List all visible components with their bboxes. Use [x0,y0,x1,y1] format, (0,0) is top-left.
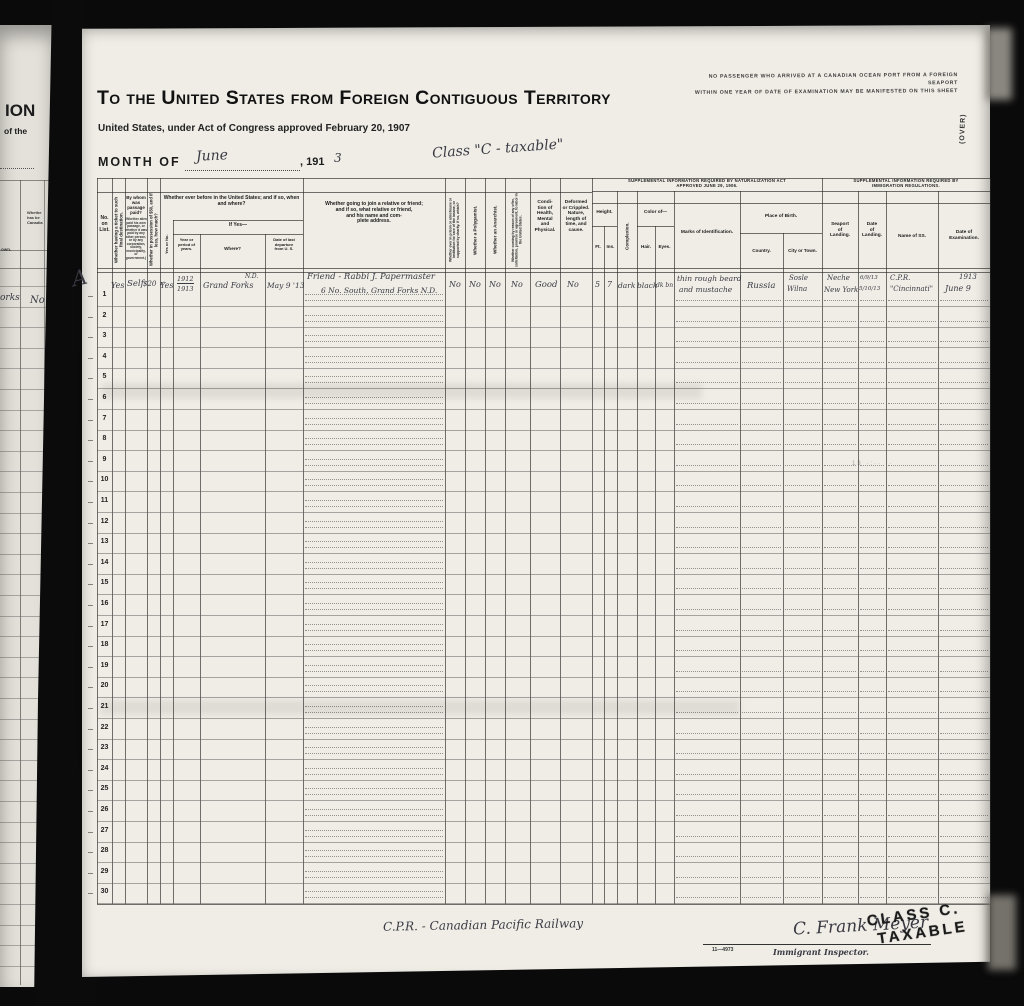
row-dotted-line [742,897,781,898]
col17-ifyes-label: If Yes— [173,223,303,229]
row1-where: Grand Forks [203,281,254,290]
col33-label: Date of Examination. [938,230,990,241]
row-dotted-line [824,877,856,878]
row1-q21: No [489,280,501,289]
row-dotted-line [305,877,443,878]
row-dotted-line [676,527,738,528]
row-number: 4 [97,353,112,360]
row-dotted-line [676,836,738,837]
col32-label: Name of SS. [886,234,938,240]
row-dotted-line [824,671,856,672]
grid-line [560,178,561,904]
grid-line [97,347,990,348]
grid-line [592,178,593,904]
row-dotted-line [888,815,936,816]
row-dotted-line [940,650,988,651]
row-tick [88,378,93,379]
grid-line [637,191,638,904]
scan-smudge-band-1 [102,383,702,399]
row-dotted-line [860,630,884,631]
row-dotted-line [888,733,936,734]
row-dotted-line [305,650,443,651]
row-dotted-line [785,547,820,548]
year-printed: , 191 [300,156,324,168]
row-dotted-line [888,341,936,342]
col27-label: Color of— [637,210,674,216]
grid-line [822,178,823,904]
row-dotted-line [305,897,443,898]
row-dotted-line [305,588,443,589]
row-dotted-line [305,341,443,342]
col25-label: Height. [592,210,617,216]
grid-line [938,191,939,904]
grid-line [97,739,990,740]
row-dotted-line [824,753,856,754]
row-tick [88,687,93,688]
row-dotted-line [305,836,443,837]
row1-ticket: Yes [111,281,124,290]
row-tick [88,749,93,750]
row-tick [88,893,93,894]
row-dotted-line [824,712,856,713]
row-dotted-line [305,459,443,460]
grid-line [303,178,304,904]
month-underline [185,170,300,171]
row-dotted-line [305,376,443,377]
row-dotted-line [888,671,936,672]
row-tick [88,832,93,833]
row-dotted-line [824,527,856,528]
grid-line [97,306,990,307]
row-dotted-line [824,630,856,631]
col26-label: Complexion. [617,205,637,267]
row-dotted-line [305,500,443,501]
grid-line [97,594,990,595]
row-number: 14 [97,559,112,566]
row-dotted-line [860,527,884,528]
row-dotted-line [824,733,856,734]
row-dotted-line [305,871,443,872]
row-dotted-line [305,527,443,528]
row-dotted-line [940,897,988,898]
row-dotted-line [860,362,884,363]
row-dotted-line [742,691,781,692]
row-dotted-line [305,768,443,769]
row-dotted-line [860,671,884,672]
row-dotted-line [305,830,443,831]
row-dotted-line [888,547,936,548]
row-dotted-line [785,753,820,754]
grid-line [97,842,990,843]
row-dotted-line [785,300,820,301]
row-dotted-line [676,506,738,507]
row-dotted-line [676,362,738,363]
row-number: 27 [97,827,112,834]
row-tick [88,296,93,297]
row-dotted-line [940,630,988,631]
row-dotted-line [940,382,988,383]
row-dotted-line [742,527,781,528]
row1-ever-us: Yes [160,281,173,290]
row-dotted-line [305,479,443,480]
row-dotted-line [305,685,443,686]
row-dotted-line [824,774,856,775]
row-dotted-line [860,733,884,734]
row-dotted-line [940,691,988,692]
row-dotted-line [742,630,781,631]
grid-line [97,430,990,431]
row-dotted-line [824,815,856,816]
row-dotted-line [305,403,443,404]
row-number: 16 [97,600,112,607]
row-tick [88,790,93,791]
row-dotted-line [940,362,988,363]
row-tick [88,667,93,668]
row1-last-departure: May 9 '13 [267,281,305,290]
col25-ins-label: Ins. [604,244,617,249]
row-dotted-line [676,897,738,898]
grid-line [97,800,990,801]
row-dotted-line [940,815,988,816]
row-dotted-line [860,382,884,383]
scan-edge-blotch-bottom [988,895,1016,970]
grid-line [530,178,531,904]
row-dotted-line [676,733,738,734]
row-dotted-line [785,506,820,507]
row-dotted-line [305,465,443,466]
row-dotted-line [305,733,443,734]
row-dotted-line [742,547,781,548]
row-dotted-line [940,424,988,425]
row-dotted-line [676,671,738,672]
col29-city-label: City or Town. [783,248,822,253]
row-dotted-line [742,753,781,754]
row-dotted-line [305,356,443,357]
col24-label: Deformed or Crippled. Nature, length of … [560,200,592,233]
scan-smudge-band-2 [100,700,740,715]
row-number: 12 [97,518,112,525]
row-dotted-line [676,588,738,589]
row-tick [88,523,93,524]
col20-label: Whether a Polygamist. [465,193,485,267]
row1-ss-top: C.P.R. [890,274,910,282]
row-dotted-line [742,465,781,466]
row-dotted-line [860,836,884,837]
grid-line [173,234,303,235]
row-tick [88,564,93,565]
row1-marks-line1: thin rough beard [677,274,742,283]
row-dotted-line [888,382,936,383]
col13-label: No. on List. [97,216,112,233]
row-dotted-line [305,609,443,610]
col22-label: Whether coming by reason of any offer, s… [505,193,530,267]
grid-line [97,615,990,616]
row-tick [88,502,93,503]
grid-line [97,862,990,863]
restriction-stamp: NO PASSENGER WHO ARRIVED AT A CANADIAN O… [690,72,958,97]
row-dotted-line [888,527,936,528]
row-number: 18 [97,641,112,648]
row-dotted-line [888,300,936,301]
grid-line [147,178,148,904]
row1-year-bottom: 1913 [177,285,194,293]
row-dotted-line [742,506,781,507]
row-number: 26 [97,806,112,813]
col16-label: Whether in possession of $50, and if les… [147,193,160,267]
col17-yesno-label: Yes or No. [160,220,173,268]
row-number: 7 [97,415,112,422]
row-dotted-line [785,671,820,672]
row-dotted-line [742,856,781,857]
row-dotted-line [824,836,856,837]
row-dotted-line [742,671,781,672]
row-dotted-line [888,444,936,445]
grid-line [200,234,201,904]
bleed-mark: 13 ·:·· ·· [852,461,894,467]
row-dotted-line [305,300,443,301]
col17-date-label: Date of last departure from U. S. [265,238,303,252]
row-dotted-line [742,774,781,775]
row-dotted-line [860,506,884,507]
row-tick [88,852,93,853]
row-dotted-line [860,774,884,775]
row-dotted-line [785,836,820,837]
row-dotted-line [860,609,884,610]
grid-line [97,471,990,472]
row-dotted-line [305,774,443,775]
grid-line [858,191,859,904]
row-dotted-line [305,506,443,507]
row-dotted-line [940,444,988,445]
row-dotted-line [824,506,856,507]
row-dotted-line [860,712,884,713]
row-dotted-line [824,300,856,301]
row-dotted-line [888,362,936,363]
row-dotted-line [676,321,738,322]
row-dotted-line [742,877,781,878]
row-dotted-line [742,733,781,734]
row-dotted-line [742,794,781,795]
row-dotted-line [676,568,738,569]
over-tab: (OVER) [956,103,970,155]
row-dotted-line [305,850,443,851]
row-dotted-line [785,691,820,692]
row-dotted-line [305,362,443,363]
row-dotted-line [824,691,856,692]
row-dotted-line [940,485,988,486]
row-number: 24 [97,765,112,772]
row-dotted-line [742,815,781,816]
grid-line [783,233,784,904]
row-tick [88,481,93,482]
row-tick [88,543,93,544]
row-dotted-line [888,609,936,610]
col29-label: Place of Birth. [740,214,822,220]
row-dotted-line [676,794,738,795]
scan-edge-blotch-top [986,28,1012,100]
row-tick [88,358,93,359]
row-tick [88,605,93,606]
grid-line [655,226,656,904]
row-dotted-line [676,300,738,301]
row1-marks-line2: and mustache [679,285,732,294]
row-dotted-line [888,424,936,425]
scanned-manifest-page: ION of the Whethe has be Canadia own. or… [0,0,1024,1006]
row-dotted-line [785,650,820,651]
row-number: 28 [97,847,112,854]
col23-label: Condi- tion of Health, Mental and Physic… [530,200,560,233]
row1-landing-bottom: 5/10/13 [859,286,880,292]
row-dotted-line [860,856,884,857]
row-dotted-line [305,562,443,563]
row-dotted-line [785,403,820,404]
row-tick [88,873,93,874]
row-dotted-line [742,362,781,363]
col27-eyes-label: Eyes. [655,244,674,249]
row-dotted-line [742,588,781,589]
row-dotted-line [940,836,988,837]
row-dotted-line [305,794,443,795]
row-dotted-line [888,836,936,837]
inspector-title: Immigrant Inspector. [773,947,869,957]
row-number: 30 [97,888,112,895]
row1-height-in: 7 [607,280,612,289]
col21-label: Whether an Anarchist. [485,193,505,267]
grid-line [97,656,990,657]
row-dotted-line [888,506,936,507]
row-dotted-line [940,547,988,548]
grid-line [97,574,990,575]
row-dotted-line [785,321,820,322]
row-dotted-line [888,877,936,878]
row-dotted-line [860,650,884,651]
col30-label: Seaport of Landing. [822,222,858,239]
row1-deformed: No [567,280,579,289]
row-dotted-line [860,547,884,548]
grid-line [97,268,990,269]
row-dotted-line [940,733,988,734]
row-dotted-line [305,444,443,445]
row-dotted-line [860,485,884,486]
row-dotted-line [305,294,443,295]
grid-line [97,883,990,884]
row-number: 10 [97,476,112,483]
row-dotted-line [305,788,443,789]
supplemental-1-title: SUPPLEMENTAL INFORMATION REQUIRED BY NAT… [593,179,821,189]
row-dotted-line [785,588,820,589]
row1-seaport-top: Neche [827,274,850,282]
row-number: 29 [97,868,112,875]
row-dotted-line [676,815,738,816]
grid-line [990,178,991,904]
row-tick [88,317,93,318]
row-dotted-line [305,521,443,522]
row-dotted-line [305,547,443,548]
grid-line [637,226,674,227]
grid-line [592,191,990,192]
row-dotted-line [305,568,443,569]
col25-ft-label: Ft. [592,244,604,249]
row-dotted-line [824,321,856,322]
grid-line [97,409,990,410]
row-dotted-line [676,630,738,631]
row-dotted-line [940,856,988,857]
row-dotted-line [785,382,820,383]
row-dotted-line [742,444,781,445]
row-number: 19 [97,662,112,669]
row-dotted-line [305,727,443,728]
grid-line [485,178,486,904]
row-dotted-line [824,856,856,857]
row-dotted-line [940,568,988,569]
row1-year-top: 1912 [177,275,194,284]
row-dotted-line [305,671,443,672]
row-dotted-line [305,541,443,542]
row-dotted-line [305,815,443,816]
row-dotted-line [888,753,936,754]
row-dotted-line [785,444,820,445]
row-dotted-line [824,547,856,548]
row-dotted-line [888,794,936,795]
row-dotted-line [742,568,781,569]
row-dotted-line [676,877,738,878]
grid-line [592,203,990,204]
col29-country-label: Country. [740,248,783,253]
row-dotted-line [785,856,820,857]
row-number: 23 [97,744,112,751]
grid-line [112,178,113,904]
col31-label: Date of Landing. [858,222,886,239]
row-tick [88,646,93,647]
row-dotted-line [860,691,884,692]
row1-ss-bottom: "Cincinnati" [890,285,933,293]
row-tick [88,420,93,421]
row1-paid-by: Self [127,279,144,289]
row-dotted-line [742,650,781,651]
row1-q20: No [469,280,481,289]
row-dotted-line [742,382,781,383]
row-dotted-line [785,527,820,528]
row-dotted-line [860,341,884,342]
row-dotted-line [785,630,820,631]
col17-year-label: Year or period of years. [173,238,200,252]
row-dotted-line [305,321,443,322]
row-dotted-line [940,753,988,754]
row-dotted-line [305,644,443,645]
row-tick [88,337,93,338]
month-value-handwritten: June [196,147,229,165]
row-tick [88,440,93,441]
row1-exam-bottom: June 9 [945,284,971,293]
row-dotted-line [940,321,988,322]
row-number: 13 [97,538,112,545]
row1-birth-country: Russia [747,281,775,291]
row-dotted-line [785,712,820,713]
row-dotted-line [305,603,443,604]
row-dotted-line [888,403,936,404]
row-dotted-line [676,609,738,610]
row-dotted-line [676,774,738,775]
grid-line [465,178,466,904]
page-subtitle: United States, under Act of Congress app… [98,123,410,134]
row-dotted-line [785,341,820,342]
grid-line [97,636,990,637]
grid-line [97,718,990,719]
row-dotted-line [888,568,936,569]
row-dotted-line [940,774,988,775]
grid-line [740,233,822,234]
col17-label: Whether ever before in the United States… [163,196,300,208]
